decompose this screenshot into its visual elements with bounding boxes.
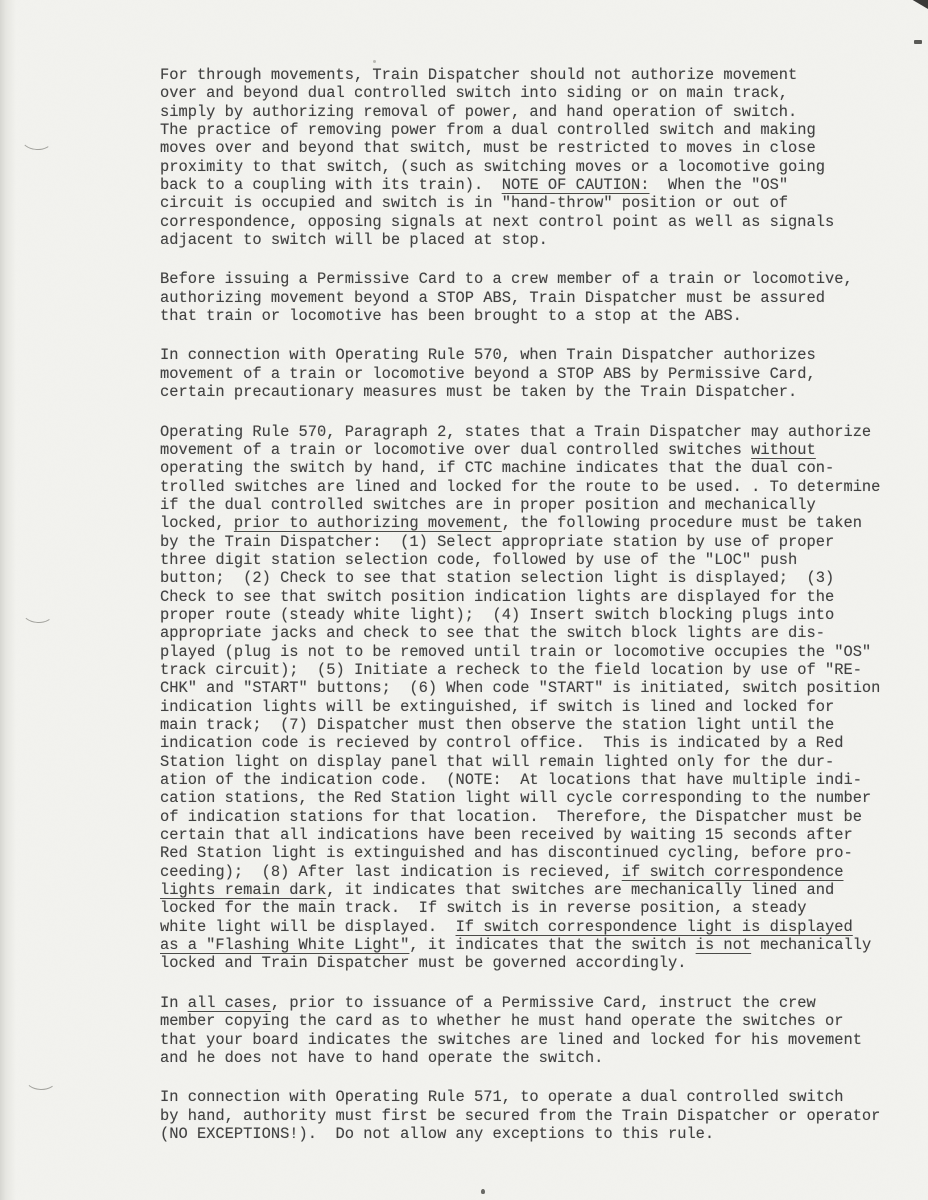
pen-checkmark-icon [20, 127, 53, 151]
text-segment: In connection with Operating Rule 570, w… [160, 346, 816, 401]
edge-ink-mark [914, 40, 922, 44]
text-segment: , the following procedure must be taken … [160, 514, 880, 881]
scanned-page: For through movements, Train Dispatcher … [0, 0, 928, 1200]
underlined-text-segment: without [751, 441, 816, 459]
paragraph: In connection with Operating Rule 571, t… [160, 1088, 908, 1143]
paragraph: Operating Rule 570, Paragraph 2, states … [160, 423, 908, 973]
pen-checkmark-icon [21, 600, 54, 624]
ink-speck [481, 1189, 485, 1194]
document-text: For through movements, Train Dispatcher … [160, 66, 908, 1143]
text-segment: , it indicates that the switch [409, 936, 695, 954]
underlined-text-segment: is not [696, 936, 751, 954]
text-segment: For through movements, Train Dispatcher … [160, 66, 825, 194]
paragraph: In connection with Operating Rule 570, w… [160, 346, 908, 401]
text-segment: In [160, 994, 188, 1012]
underlined-text-segment: prior to authorizing movement [234, 514, 502, 532]
text-segment: In connection with Operating Rule 571, t… [160, 1088, 880, 1143]
ink-speck [373, 60, 376, 63]
paragraph: For through movements, Train Dispatcher … [160, 66, 908, 249]
paragraph: Before issuing a Permissive Card to a cr… [160, 270, 908, 325]
scan-edge-shadow [0, 0, 16, 1200]
paragraph: In all cases, prior to issuance of a Per… [160, 994, 908, 1067]
underlined-text-segment: NOTE OF CAUTION: [502, 176, 650, 194]
underlined-text-segment: all cases [188, 994, 271, 1012]
pen-checkmark-icon [25, 1067, 58, 1090]
text-segment: Before issuing a Permissive Card to a cr… [160, 270, 853, 325]
corner-clip-mark [910, 0, 928, 9]
